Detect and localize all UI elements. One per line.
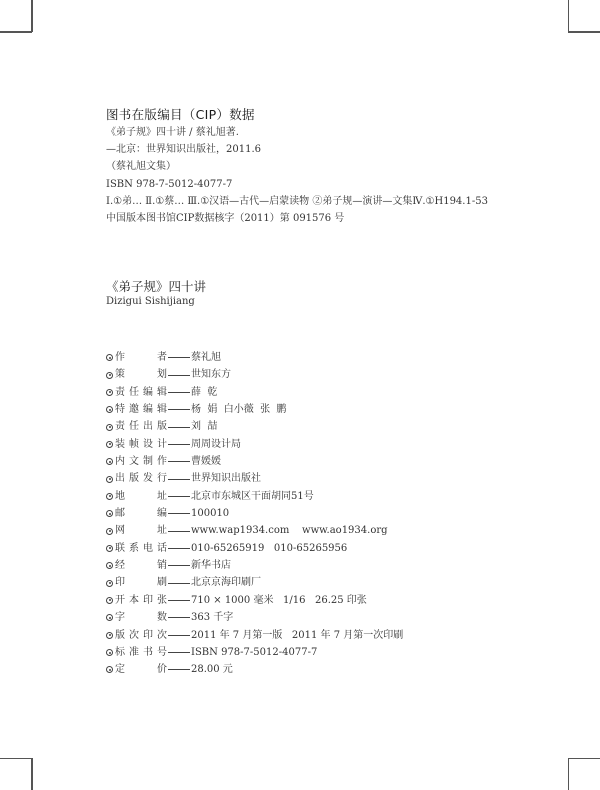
credit-value: 北京京海印刷厂 [191, 574, 261, 591]
credits-list: 作者 蔡礼旭 策划 世知东方 责任编辑 薛 乾 特邀编辑 杨 娟 白小薇 张 鹏… [106, 349, 403, 679]
circled-dot-icon [106, 458, 113, 465]
em-dash-separator [168, 635, 190, 636]
cip-line-isbn: ISBN 978-7-5012-4077-7 [106, 176, 488, 193]
cip-line-title-author: 《弟子规》四十讲 / 蔡礼旭著. [106, 124, 488, 141]
cip-line-publisher: —北京：世界知识出版社，2011.6 [106, 141, 488, 158]
credit-value: 北京市东城区干面胡同51号 [191, 488, 314, 505]
em-dash-separator [168, 479, 190, 480]
credit-label: 装帧设计 [115, 436, 167, 453]
em-dash-separator [168, 669, 190, 670]
cip-line-classification: Ⅰ.①弟… Ⅱ.①蔡… Ⅲ.①汉语—古代—启蒙读物 ②弟子规—演讲—文集Ⅳ.①H… [106, 193, 488, 210]
credit-value: 薛 乾 [191, 384, 217, 401]
circled-dot-icon [106, 562, 113, 569]
credit-row-author: 作者 蔡礼旭 [106, 349, 403, 366]
credit-label: 印刷 [115, 574, 167, 591]
credit-row-publisher: 出版发行 世界知识出版社 [106, 470, 403, 487]
em-dash-separator [168, 496, 190, 497]
credit-value: 蔡礼旭 [191, 349, 221, 366]
em-dash-separator [168, 617, 190, 618]
circled-dot-icon [106, 441, 113, 448]
credit-label: 作者 [115, 349, 167, 366]
credit-value: www.wap1934.com www.ao1934.org [191, 522, 388, 539]
circled-dot-icon [106, 614, 113, 621]
circled-dot-icon [106, 354, 113, 361]
circled-dot-icon [106, 545, 113, 552]
circled-dot-icon [106, 372, 113, 379]
em-dash-separator [168, 531, 190, 532]
credit-row-isbn: 标准书号 ISBN 978-7-5012-4077-7 [106, 644, 403, 661]
credit-value: 710 × 1000 毫米 1/16 26.25 印张 [191, 592, 367, 609]
credit-label: 联系电话 [115, 540, 167, 557]
credit-value: ISBN 978-7-5012-4077-7 [191, 644, 317, 661]
circled-dot-icon [106, 476, 113, 483]
credit-label: 定价 [115, 661, 167, 678]
credit-label: 责任编辑 [115, 384, 167, 401]
credit-row-word-count: 字数 363 千字 [106, 609, 403, 626]
credit-label: 经销 [115, 557, 167, 574]
credit-row-cover-design: 装帧设计 周周设计局 [106, 436, 403, 453]
crop-mark-icon [568, 0, 570, 32]
credit-label: 策划 [115, 366, 167, 383]
em-dash-separator [168, 375, 190, 376]
em-dash-separator [168, 444, 190, 445]
circled-dot-icon [106, 580, 113, 587]
cip-data-block: 《弟子规》四十讲 / 蔡礼旭著. —北京：世界知识出版社，2011.6 （蔡礼旭… [106, 124, 488, 227]
crop-mark-icon [568, 758, 570, 790]
credit-value: 100010 [191, 505, 229, 522]
crop-mark-icon [568, 758, 600, 760]
credit-value: 363 千字 [191, 609, 233, 626]
circled-dot-icon [106, 666, 113, 673]
crop-mark-icon [568, 31, 600, 33]
circled-dot-icon [106, 406, 113, 413]
credit-value: 曹媛媛 [191, 453, 221, 470]
credit-value: 周周设计局 [191, 436, 241, 453]
credit-row-editor: 责任编辑 薛 乾 [106, 384, 403, 401]
credit-value: 杨 娟 白小薇 张 鹏 [191, 401, 286, 418]
credit-row-printer: 印刷 北京京海印刷厂 [106, 574, 403, 591]
credit-label: 开本印张 [115, 592, 167, 609]
credit-row-typesetting: 内文制作 曹媛媛 [106, 453, 403, 470]
book-title-pinyin: Dizigui Sishijiang [106, 296, 195, 307]
credit-row-price: 定价 28.00 元 [106, 661, 403, 678]
credit-label: 版次印次 [115, 627, 167, 644]
credit-row-edition: 版次印次 2011 年 7 月第一版 2011 年 7 月第一次印刷 [106, 627, 403, 644]
credit-value: 28.00 元 [191, 661, 233, 678]
crop-mark-icon [31, 758, 33, 790]
credit-row-production-manager: 责任出版 刘 喆 [106, 418, 403, 435]
credit-label: 内文制作 [115, 453, 167, 470]
em-dash-separator [168, 583, 190, 584]
credit-row-postcode: 邮编 100010 [106, 505, 403, 522]
credit-row-format: 开本印张 710 × 1000 毫米 1/16 26.25 印张 [106, 592, 403, 609]
credit-label: 地址 [115, 488, 167, 505]
circled-dot-icon [106, 510, 113, 517]
crop-mark-icon [31, 0, 33, 32]
em-dash-separator [168, 461, 190, 462]
credit-value: 2011 年 7 月第一版 2011 年 7 月第一次印刷 [191, 627, 403, 644]
credit-row-guest-editors: 特邀编辑 杨 娟 白小薇 张 鹏 [106, 401, 403, 418]
circled-dot-icon [106, 424, 113, 431]
credit-value: 世界知识出版社 [191, 470, 261, 487]
credit-label: 出版发行 [115, 470, 167, 487]
em-dash-separator [168, 600, 190, 601]
em-dash-separator [168, 652, 190, 653]
credit-label: 网址 [115, 522, 167, 539]
credit-label: 邮编 [115, 505, 167, 522]
credit-row-website: 网址 www.wap1934.com www.ao1934.org [106, 522, 403, 539]
circled-dot-icon [106, 597, 113, 604]
cip-heading: 图书在版编目（CIP）数据 [106, 105, 255, 123]
em-dash-separator [168, 427, 190, 428]
em-dash-separator [168, 513, 190, 514]
cip-line-series: （蔡礼旭文集） [106, 158, 488, 175]
credit-label: 特邀编辑 [115, 401, 167, 418]
credit-value: 世知东方 [191, 366, 231, 383]
credit-row-address: 地址 北京市东城区干面胡同51号 [106, 488, 403, 505]
em-dash-separator [168, 409, 190, 410]
em-dash-separator [168, 565, 190, 566]
cip-line-record-number: 中国版本图书馆CIP数据核字（2011）第 091576 号 [106, 210, 488, 227]
circled-dot-icon [106, 632, 113, 639]
book-title: 《弟子规》四十讲 [106, 277, 206, 295]
credit-label: 字数 [115, 609, 167, 626]
circled-dot-icon [106, 389, 113, 396]
crop-mark-icon [0, 758, 32, 760]
credit-value: 010-65265919 010-65265956 [191, 540, 347, 557]
credit-row-distributor: 经销 新华书店 [106, 557, 403, 574]
circled-dot-icon [106, 528, 113, 535]
credit-row-phone: 联系电话 010-65265919 010-65265956 [106, 540, 403, 557]
crop-mark-icon [0, 31, 32, 33]
credit-value: 刘 喆 [191, 418, 217, 435]
em-dash-separator [168, 392, 190, 393]
circled-dot-icon [106, 493, 113, 500]
credit-row-planning: 策划 世知东方 [106, 366, 403, 383]
credit-value: 新华书店 [191, 557, 231, 574]
em-dash-separator [168, 548, 190, 549]
credit-label: 标准书号 [115, 644, 167, 661]
circled-dot-icon [106, 649, 113, 656]
em-dash-separator [168, 357, 190, 358]
credit-label: 责任出版 [115, 418, 167, 435]
